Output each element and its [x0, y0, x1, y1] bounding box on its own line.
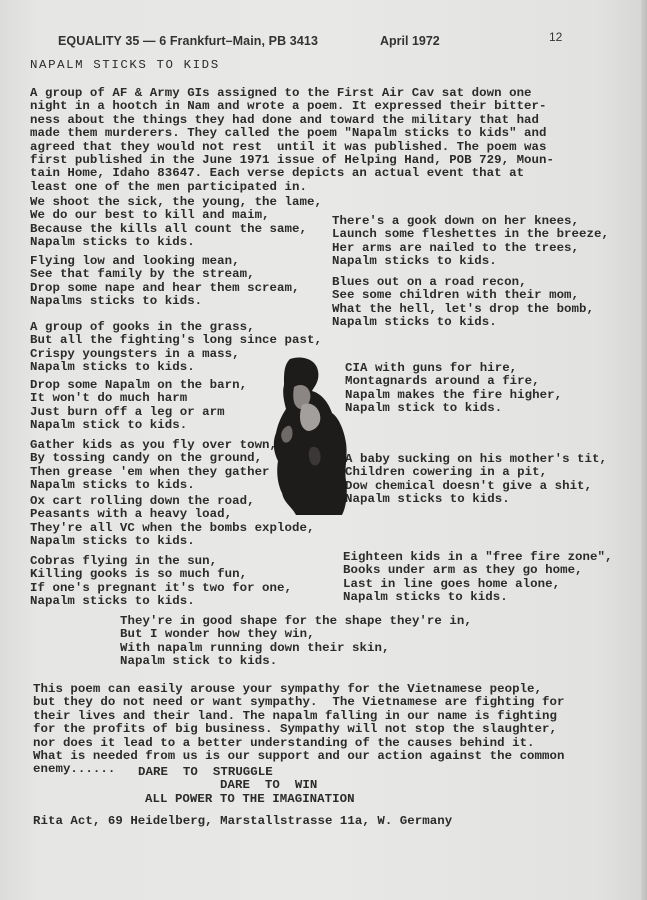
text-line: Napalms sticks to kids. [30, 295, 299, 308]
text-line: We shoot the sick, the young, the lame, [30, 196, 322, 209]
text-line: nor does it lead to a better understandi… [33, 737, 564, 750]
intro-paragraph: A group of AF & Army GIs assigned to the… [30, 87, 554, 194]
text-line: If one's pregnant it's two for one, [30, 582, 292, 595]
text-line: Blues out on a road recon, [332, 276, 594, 289]
signature: Rita Act, 69 Heidelberg, Marstallstrasse… [33, 815, 452, 828]
slogan-2: DARE TO WIN [220, 779, 317, 792]
text-line: What is needed from us is our support an… [33, 750, 564, 763]
text-line: They're in good shape for the shape they… [120, 615, 472, 628]
text-line: Last in line goes home alone, [343, 578, 612, 591]
text-line: Napalm sticks to kids. [343, 591, 612, 604]
text-line: enemy...... [33, 763, 564, 776]
text-line: Launch some fleshettes in the breeze, [332, 228, 609, 241]
text-line: But all the fighting's long since past, [30, 334, 322, 347]
text-line: Drop some Napalm on the barn, [30, 379, 247, 392]
text-line: Napalm sticks to kids. [30, 236, 322, 249]
text-line: See that family by the stream, [30, 268, 299, 281]
text-line: their lives and their land. The napalm f… [33, 710, 564, 723]
text-line: Flying low and looking mean, [30, 255, 299, 268]
text-line: Books under arm as they go home, [343, 564, 612, 577]
photo-soldier-child-icon [272, 357, 350, 517]
text-line: Montagnards around a fire, [345, 375, 562, 388]
poem-stanza: Flying low and looking mean,See that fam… [30, 255, 299, 309]
text-line: There's a gook down on her knees, [332, 215, 609, 228]
text-line: What the hell, let's drop the bomb, [332, 303, 594, 316]
poem-stanza: There's a gook down on her knees,Launch … [332, 215, 609, 269]
text-line: See some children with their mom, [332, 289, 594, 302]
text-line: Napalm makes the fire higher, [345, 389, 562, 402]
text-line: night in a hootch in Nam and wrote a poe… [30, 100, 554, 113]
text-line: Drop some nape and hear them scream, [30, 282, 299, 295]
text-line: CIA with guns for hire, [345, 362, 562, 375]
text-line: A baby sucking on his mother's tit, [345, 453, 607, 466]
text-line: Eighteen kids in a "free fire zone", [343, 551, 612, 564]
slogan-3: ALL POWER TO THE IMAGINATION [145, 793, 355, 806]
text-line: but they do not need or want sympathy. T… [33, 696, 564, 709]
text-line: first published in the June 1971 issue o… [30, 154, 554, 167]
poem-stanza: Cobras flying in the sun,Killing gooks i… [30, 555, 292, 609]
text-line: Napalm stick to kids. [120, 655, 472, 668]
text-line: Just burn off a leg or arm [30, 406, 247, 419]
text-line: It won't do much harm [30, 392, 247, 405]
masthead: EQUALITY 35 — 6 Frankfurt–Main, PB 3413 … [58, 30, 618, 48]
text-line: Her arms are nailed to the trees, [332, 242, 609, 255]
text-line: Cobras flying in the sun, [30, 555, 292, 568]
publication-info: EQUALITY 35 — 6 Frankfurt–Main, PB 3413 [58, 34, 318, 48]
text-line: Napalm stick to kids. [30, 419, 247, 432]
page-number: 12 [549, 30, 562, 44]
text-line: A group of gooks in the grass, [30, 321, 322, 334]
poem-stanza: Drop some Napalm on the barn,It won't do… [30, 379, 247, 433]
text-line: A group of AF & Army GIs assigned to the… [30, 87, 554, 100]
poem-stanza: CIA with guns for hire,Montagnards aroun… [345, 362, 562, 416]
poem-stanza: We shoot the sick, the young, the lame,W… [30, 196, 322, 250]
text-line: Children cowering in a pit, [345, 466, 607, 479]
text-line: Because the kills all count the same, [30, 223, 322, 236]
poem-stanza: Blues out on a road recon,See some child… [332, 276, 594, 330]
poem-stanza: Eighteen kids in a "free fire zone",Book… [343, 551, 612, 605]
text-line: ness about the things they had done and … [30, 114, 554, 127]
text-line: Napalm sticks to kids. [30, 535, 314, 548]
text-line: agreed that they would not rest until it… [30, 141, 554, 154]
poem-stanza: A baby sucking on his mother's tit,Child… [345, 453, 607, 507]
page-edge [641, 0, 647, 900]
text-line: We do our best to kill and maim, [30, 209, 322, 222]
text-line: Napalm sticks to kids. [345, 493, 607, 506]
text-line: With napalm running down their skin, [120, 642, 472, 655]
text-line: Napalm sticks to kids. [30, 595, 292, 608]
article-title: NAPALM STICKS TO KIDS [30, 59, 220, 72]
text-line: Napalm sticks to kids. [332, 316, 594, 329]
text-line: for the profits of big business. Sympath… [33, 723, 564, 736]
text-line: But I wonder how they win, [120, 628, 472, 641]
text-line: Napalm sticks to kids. [332, 255, 609, 268]
text-line: They're all VC when the bombs explode, [30, 522, 314, 535]
text-line: tain Home, Idaho 83647. Each verse depic… [30, 167, 554, 180]
commentary-paragraph: This poem can easily arouse your sympath… [33, 683, 564, 777]
text-line: Napalm stick to kids. [345, 402, 562, 415]
text-line: Dow chemical doesn't give a shit, [345, 480, 607, 493]
text-line: made them murderers. They called the poe… [30, 127, 554, 140]
poem-stanza: They're in good shape for the shape they… [120, 615, 472, 669]
text-line: This poem can easily arouse your sympath… [33, 683, 564, 696]
text-line: least one of the men participated in. [30, 181, 554, 194]
issue-date: April 1972 [380, 34, 440, 48]
text-line: Killing gooks is so much fun, [30, 568, 292, 581]
